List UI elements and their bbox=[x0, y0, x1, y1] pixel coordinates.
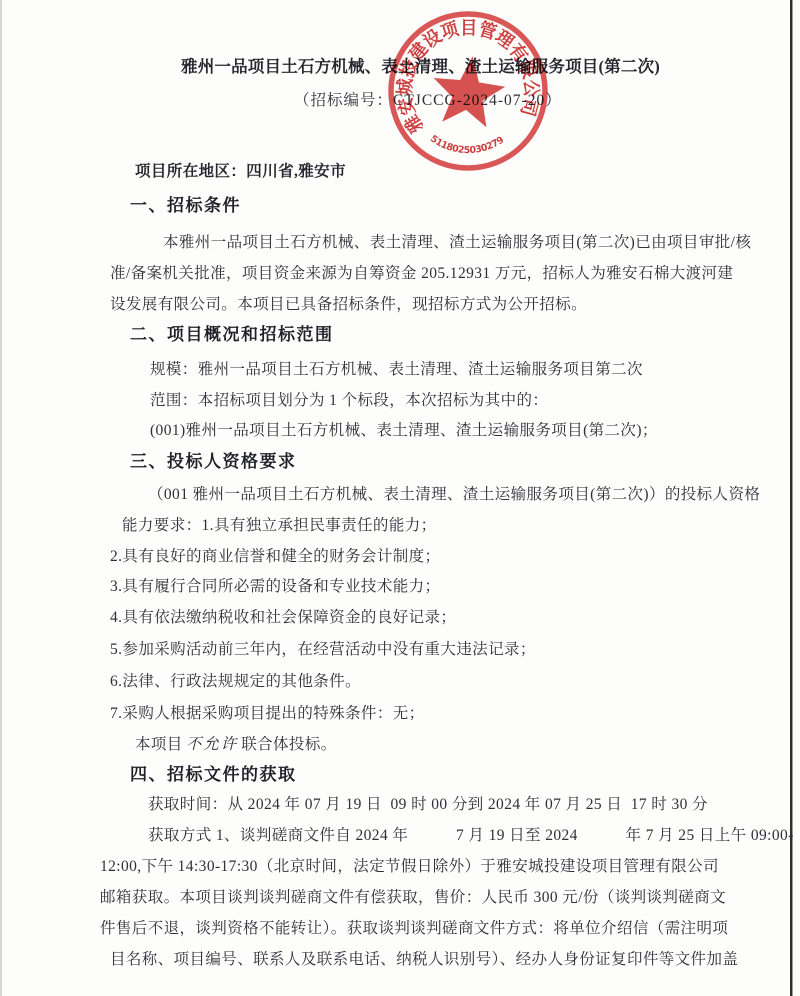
joint-venture-line: 本项目不允许联合体投标。 bbox=[135, 734, 337, 756]
document-line: 12:00,下午 14:30-17:30（北京时间，法定节假日除外）于雅安城投建… bbox=[100, 856, 719, 878]
document-line: 获取时间：从 2024 年 07 月 19 日 09 时 00 分到 2024 … bbox=[148, 794, 708, 816]
document-line: 能力要求：1.具有独立承担民事责任的能力； bbox=[122, 515, 437, 537]
joint-venture-emphasis: 不允许 bbox=[183, 736, 242, 753]
document-line: 5.参加采购活动前三年内，在经营活动中没有重大违法记录； bbox=[110, 639, 536, 661]
document-line: 本雅州一品项目土石方机械、表土清理、渣土运输服务项目(第二次)已由项目审批/核 bbox=[163, 232, 751, 254]
document-line: 2.具有良好的商业信誉和健全的财务会计制度； bbox=[110, 546, 440, 568]
section-3-heading: 三、投标人资格要求 bbox=[130, 451, 297, 473]
joint-venture-post: 联合体投标。 bbox=[241, 736, 336, 753]
document-line: 件售后不退，谈判资格不能转让）。获取谈判谈判磋商文件方式：将单位介绍信（需注明项 bbox=[100, 918, 728, 940]
seal-serial-number: 5118025030279 bbox=[428, 133, 506, 156]
document-line: 7.采购人根据采购项目提出的特殊条件：无； bbox=[110, 703, 425, 725]
document-line: 邮箱获取。本项目谈判谈判磋商文件有偿获取，售价：人民币 300 元/份（谈判谈判… bbox=[100, 887, 726, 909]
tender-document-page: 雅州一品项目土石方机械、表土清理、渣土运输服务项目(第二次) （招标编号：CTJ… bbox=[0, 0, 800, 996]
document-line: 3.具有履行合同所必需的设备和专业技术能力； bbox=[110, 576, 440, 598]
document-line: 准/备案机关批准，项目资金来源为自筹资金 205.12931 万元，招标人为雅安… bbox=[110, 263, 733, 285]
section-2-heading: 二、项目概况和招标范围 bbox=[130, 324, 334, 346]
scan-left-edge bbox=[0, 0, 2, 996]
document-line: 目名称、项目编号、联系人及联系电话、纳税人识别号）、经办人身份证复印件等文件加盖 bbox=[110, 949, 738, 971]
joint-venture-pre: 本项目 bbox=[135, 736, 183, 753]
project-location: 项目所在地区：四川省,雅安市 bbox=[135, 161, 346, 183]
svg-text:5118025030279: 5118025030279 bbox=[428, 133, 506, 156]
star-icon bbox=[428, 52, 508, 129]
document-line: 获取方式 1、谈判磋商文件自 2024 年 7 月 19 日至 2024 年 7… bbox=[148, 825, 794, 847]
document-line: 规模：雅州一品项目土石方机械、表土清理、渣土运输服务项目第二次 bbox=[150, 359, 643, 381]
document-line: 范围：本招标项目划分为 1 个标段，本次招标为其中的： bbox=[150, 390, 548, 412]
document-line: 设发展有限公司。本项目已具备招标条件，现招标方式为公开招标。 bbox=[110, 294, 587, 316]
document-line: 4.具有依法缴纳税收和社会保障资金的良好记录； bbox=[110, 607, 456, 629]
section-1-heading: 一、招标条件 bbox=[130, 195, 241, 217]
document-line: (001)雅州一品项目土石方机械、表土清理、渣土运输服务项目(第二次)； bbox=[150, 420, 658, 442]
section-4-heading: 四、招标文件的获取 bbox=[130, 764, 297, 786]
company-seal-stamp: 雅安城投建设项目管理有限公司 5118025030279 bbox=[386, 8, 550, 174]
document-line: （001 雅州一品项目土石方机械、表土清理、渣土运输服务项目(第二次)）的投标人… bbox=[148, 484, 760, 506]
document-line: 6.法律、行政法规规定的其他条件。 bbox=[110, 671, 361, 693]
